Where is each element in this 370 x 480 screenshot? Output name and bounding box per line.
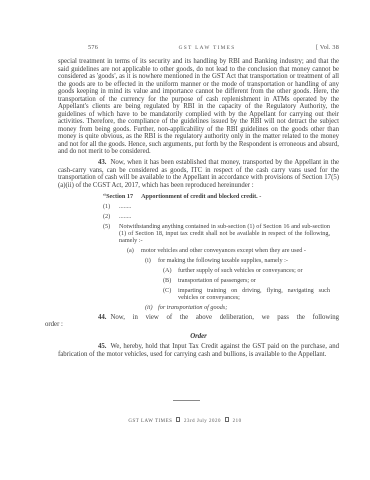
- subclause-A: (A) further supply of such vehicles or c…: [163, 267, 330, 274]
- footer-date: 23rd July 2020: [184, 419, 221, 424]
- quote-item-2: (2) ........: [103, 213, 330, 220]
- quote-section-heading: “Section 17Apportionment of credit and b…: [103, 193, 330, 200]
- statute-quote-block: “Section 17Apportionment of credit and b…: [103, 193, 330, 311]
- subclause-label: (A): [163, 267, 178, 274]
- quote-item-5: (5) Notwithstanding anything contained i…: [103, 223, 330, 244]
- paragraph-44-text: Now, in view of the above deliberation, …: [111, 314, 340, 321]
- paragraph-45: 45.We, hereby, hold that Input Tax Credi…: [58, 343, 339, 358]
- item-text: ........: [119, 213, 330, 220]
- square-separator-icon: [225, 417, 230, 422]
- section-number: “Section 17: [103, 193, 133, 200]
- item-label: (5): [103, 223, 119, 244]
- subclause-text: for transportation of goods;: [158, 304, 330, 311]
- volume-label: [ Vol. 38: [316, 44, 339, 51]
- page-footer: GST LAW TIMES23rd July 2020210: [0, 417, 370, 424]
- page-number: 576: [88, 44, 98, 51]
- square-separator-icon: [176, 417, 181, 422]
- item-label: (2): [103, 213, 119, 220]
- subclause-text: further supply of such vehicles or conve…: [178, 267, 330, 274]
- subclause-text: imparting training on driving, flying, n…: [178, 287, 330, 301]
- paragraph-45-number: 45.: [98, 343, 111, 350]
- subclause-i: (i) for making the following taxable sup…: [145, 257, 330, 264]
- quote-item-1: (1) ........: [103, 203, 330, 210]
- subclause-B: (B) transportation of passengers; or: [163, 277, 330, 284]
- subclause-text: transportation of passengers; or: [178, 277, 330, 284]
- subclause-label: (ii): [145, 304, 158, 311]
- text-block: 576 GST LAW TIMES [ Vol. 38 special trea…: [58, 44, 339, 362]
- clause-a: (a) motor vehicles and other conveyances…: [127, 247, 330, 254]
- paragraph-44-number: 44.: [98, 314, 111, 321]
- clause-label: (a): [127, 247, 141, 254]
- item-text: Notwithstanding anything contained in su…: [119, 223, 330, 244]
- paragraph-44-continuation: order :: [45, 321, 339, 329]
- item-text: ........: [119, 203, 330, 210]
- subclause-ii: (ii) for transportation of goods;: [145, 304, 330, 311]
- page-header: 576 GST LAW TIMES [ Vol. 38: [58, 44, 339, 51]
- subclause-C: (C) imparting training on driving, flyin…: [163, 287, 330, 301]
- paragraph-continuation: special treatment in terms of its securi…: [58, 58, 339, 156]
- item-label: (1): [103, 203, 119, 210]
- subclause-label: (C): [163, 287, 178, 301]
- paragraph-43: 43.Now, when it has been established tha…: [58, 159, 339, 189]
- end-of-judgment-divider: [173, 400, 200, 401]
- subclause-label: (B): [163, 277, 178, 284]
- journal-title: GST LAW TIMES: [98, 45, 316, 51]
- footer-journal: GST LAW TIMES: [128, 419, 172, 424]
- paragraph-43-number: 43.: [98, 159, 111, 166]
- clause-text: motor vehicles and other conveyances exc…: [141, 247, 330, 254]
- document-page: 576 GST LAW TIMES [ Vol. 38 special trea…: [0, 0, 370, 480]
- subclause-text: for making the following taxable supplie…: [158, 257, 330, 264]
- order-heading: Order: [58, 333, 339, 340]
- paragraph-44: 44.Now, in view of the above deliberatio…: [58, 314, 339, 322]
- footer-page-number: 210: [233, 419, 242, 424]
- section-title: Apportionment of credit and blocked cred…: [141, 193, 261, 200]
- subclause-label: (i): [145, 257, 158, 264]
